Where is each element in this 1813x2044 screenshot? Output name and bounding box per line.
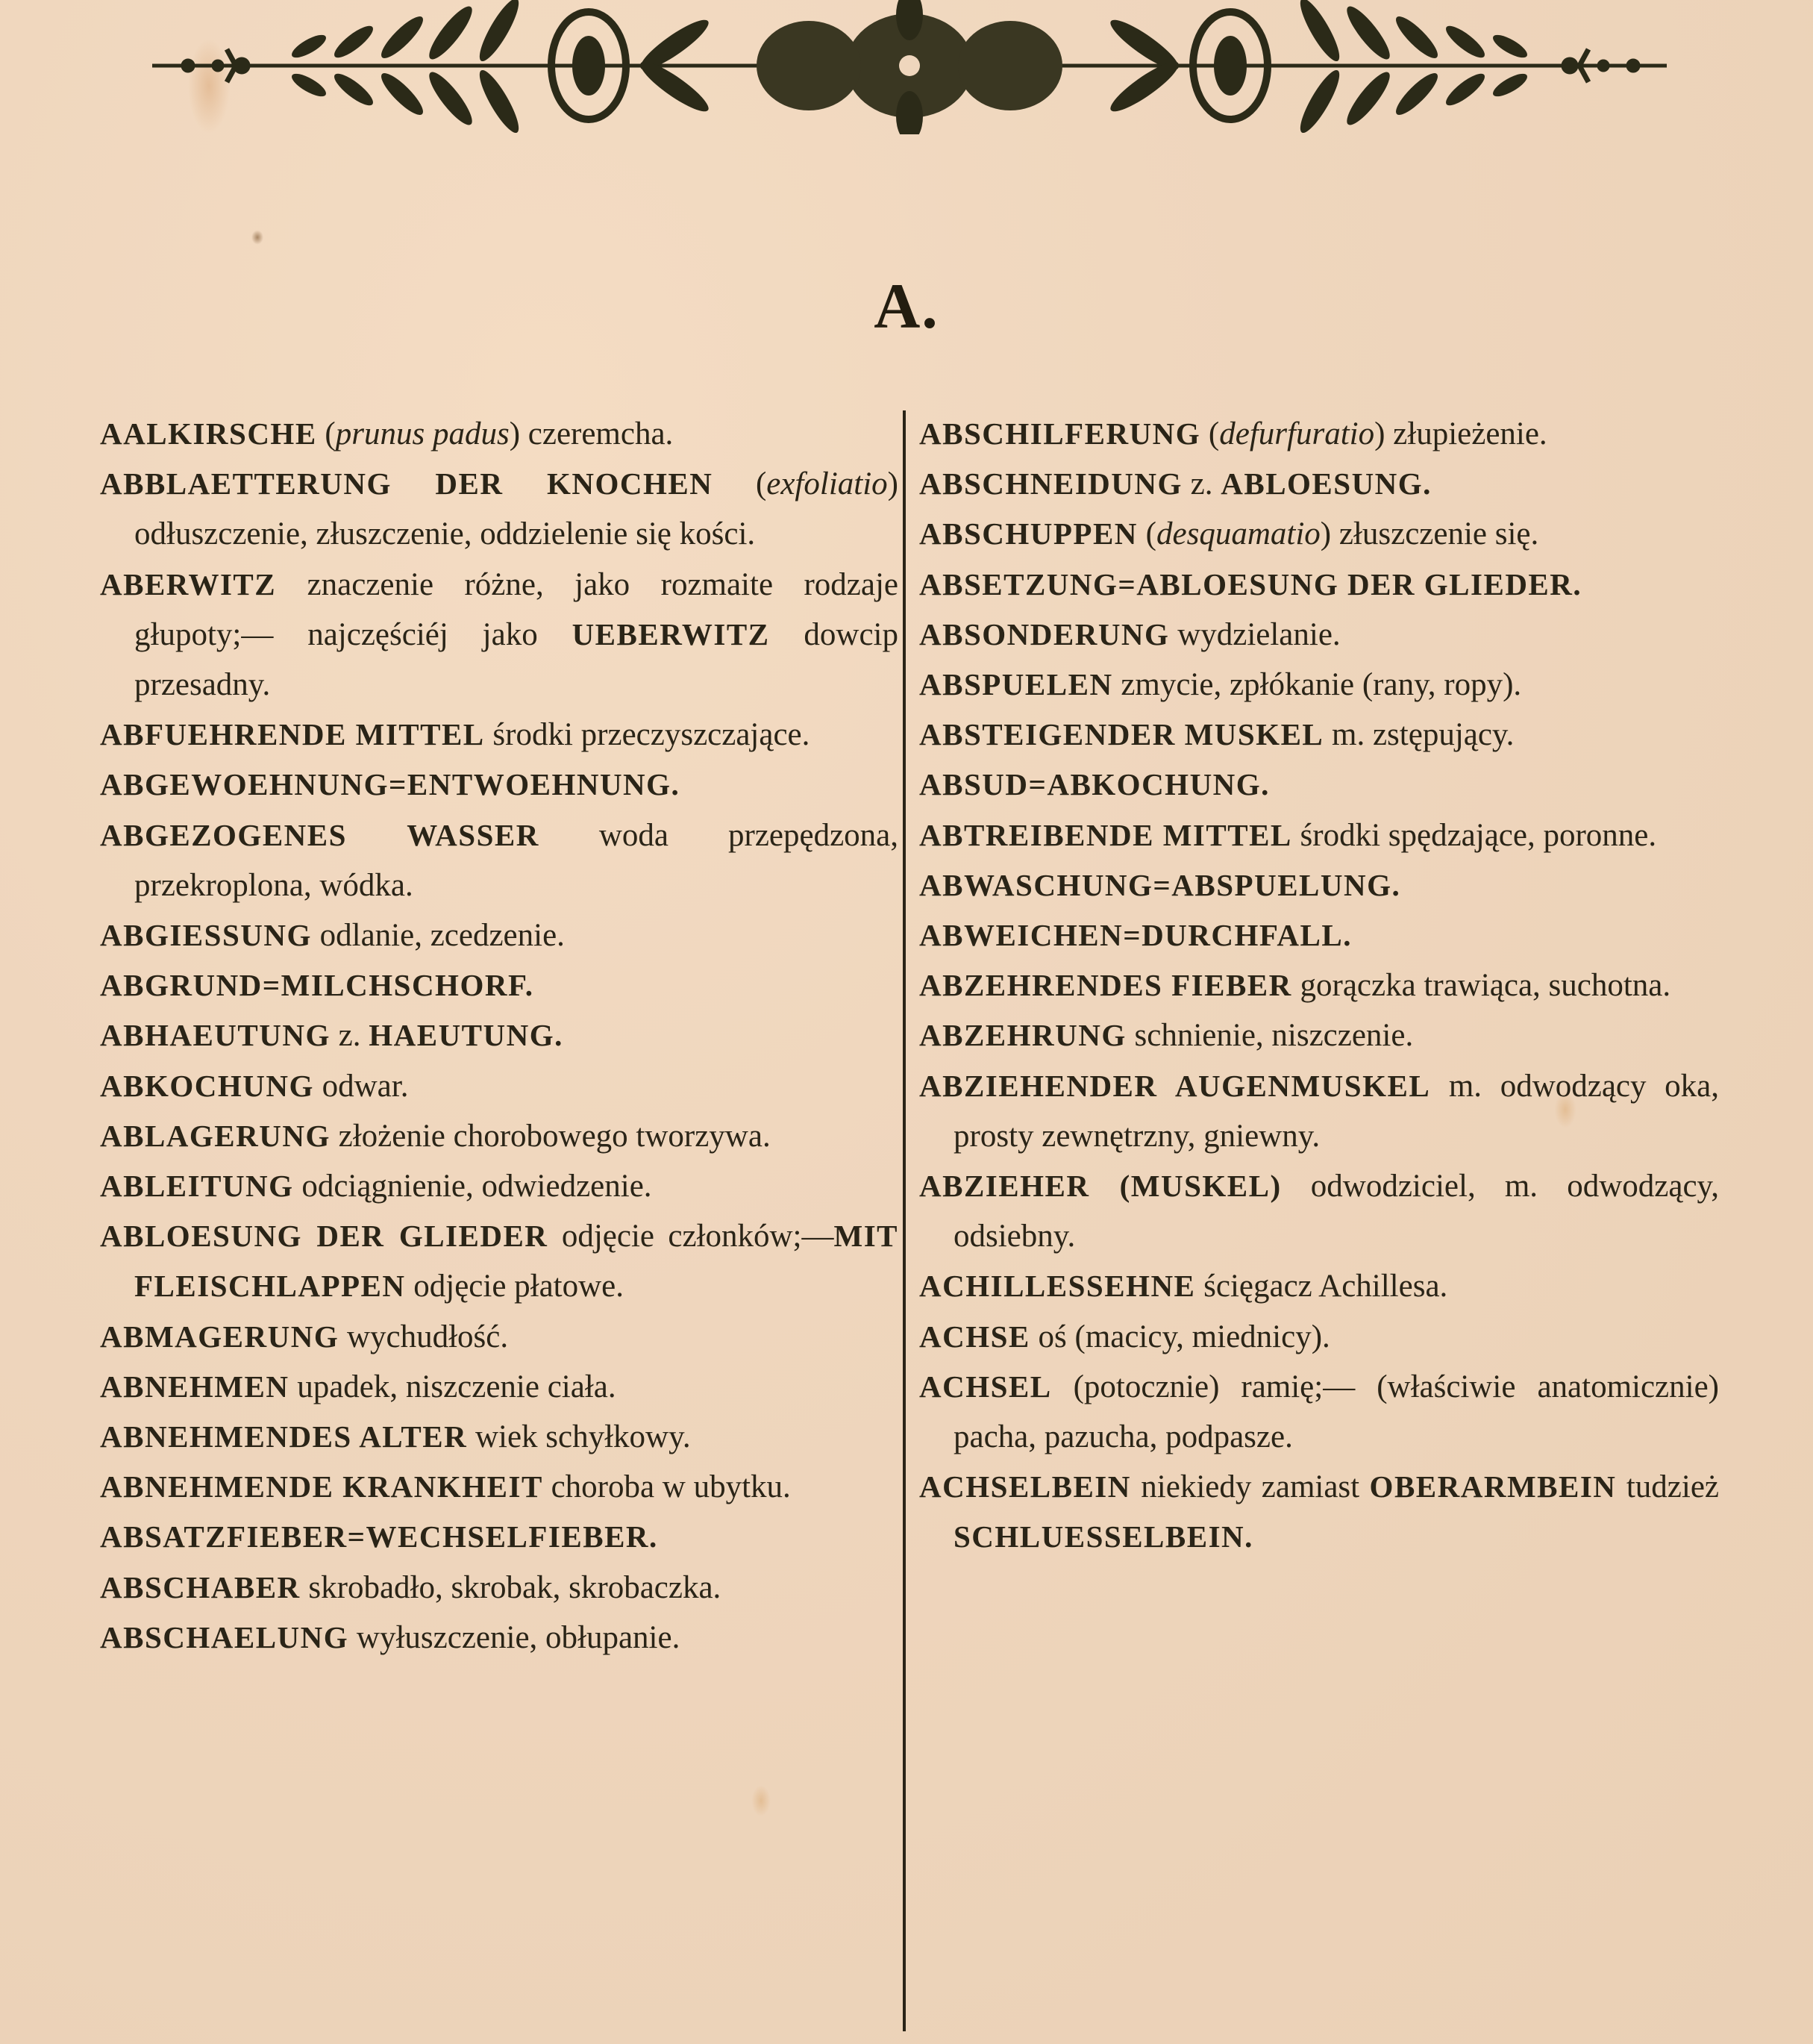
entry-latin-term: desquamatio bbox=[1156, 516, 1321, 551]
dictionary-entry: ABZEHRENDES FIEBER gorączka trawiąca, su… bbox=[919, 960, 1719, 1010]
dictionary-entry: ABBLAETTERUNG DER KNOCHEN (exfoliatio) o… bbox=[100, 459, 898, 559]
entry-definition: odwar. bbox=[314, 1069, 409, 1104]
entry-crossref-headword-2: SCHLUESSELBEIN. bbox=[954, 1519, 1253, 1554]
entry-headword: ABWASCHUNG=ABSPUELUNG. bbox=[919, 868, 1400, 902]
column-divider bbox=[903, 410, 906, 2031]
entry-headword: ACHILLESSEHNE bbox=[919, 1269, 1195, 1303]
entry-crossref-headword: OBERARMBEIN bbox=[1370, 1469, 1617, 1504]
dictionary-entry: ABGEWOEHNUNG=ENTWOEHNUNG. bbox=[100, 760, 898, 810]
entry-headword: ABZIEHENDER AUGENMUSKEL bbox=[919, 1069, 1430, 1103]
entry-definition: (potocznie) ramię;— (właściwie anatomicz… bbox=[954, 1369, 1719, 1454]
dictionary-entry: ABNEHMENDES ALTER wiek schyłkowy. bbox=[100, 1412, 898, 1462]
dictionary-entry: ABWEICHEN=DURCHFALL. bbox=[919, 910, 1719, 960]
dictionary-entry: ABGEZOGENES WASSER woda przepędzona, prz… bbox=[100, 810, 898, 910]
entry-headword: ABSCHUPPEN bbox=[919, 516, 1138, 551]
entry-headword: ABNEHMENDES ALTER bbox=[100, 1419, 467, 1454]
dictionary-entry: ABFUEHRENDE MITTEL środki przeczyszczają… bbox=[100, 710, 898, 760]
dictionary-entry: ACHILLESSEHNE ścięgacz Achillesa. bbox=[919, 1261, 1719, 1311]
entry-headword: ACHSEL bbox=[919, 1369, 1052, 1404]
entry-headword: ABZEHRUNG bbox=[919, 1018, 1127, 1052]
entry-definition: oś (macicy, miednicy). bbox=[1030, 1319, 1330, 1354]
dictionary-entry: ABSCHUPPEN (desquamatio) złuszczenie się… bbox=[919, 509, 1719, 559]
entry-definition: z. bbox=[1183, 466, 1221, 501]
entry-definition: odjęcie członków;— bbox=[548, 1219, 833, 1254]
entry-definition: m. zstępujący. bbox=[1324, 717, 1514, 752]
entry-definition: złożenie chorobowego tworzywa. bbox=[331, 1119, 771, 1154]
entry-definition: środki przeczyszczające. bbox=[485, 717, 810, 752]
dictionary-entry: ABSCHILFERUNG (defurfuratio) złupieżenie… bbox=[919, 409, 1719, 459]
dictionary-entry: AALKIRSCHE (prunus padus) czeremcha. bbox=[100, 409, 898, 459]
entry-headword: ABSPUELEN bbox=[919, 667, 1113, 701]
entry-headword: ABGIESSUNG bbox=[100, 918, 312, 952]
entry-definition: odlanie, zcedzenie. bbox=[312, 918, 565, 953]
entry-headword: ABNEHMEN bbox=[100, 1369, 289, 1404]
entry-definition-cont: tudzież bbox=[1616, 1469, 1719, 1504]
entry-definition: środki spędzające, poronne. bbox=[1292, 818, 1656, 853]
dictionary-entry: ABSATZFIEBER=WECHSELFIEBER. bbox=[100, 1512, 898, 1562]
entry-definition: ) czeremcha. bbox=[510, 416, 674, 451]
entry-definition: wychudłość. bbox=[339, 1319, 508, 1354]
entry-headword: ABZEHRENDES FIEBER bbox=[919, 968, 1292, 1002]
dictionary-entry: ABERWITZ znaczenie różne, jako rozmaite … bbox=[100, 560, 898, 710]
entry-paren-open: ( bbox=[713, 466, 766, 501]
entry-definition: choroba w ubytku. bbox=[543, 1469, 791, 1504]
dictionary-entry: ABSCHNEIDUNG z. ABLOESUNG. bbox=[919, 459, 1719, 509]
entry-headword: ABSONDERUNG bbox=[919, 617, 1169, 651]
entry-definition: wiek schyłkowy. bbox=[467, 1419, 690, 1454]
dictionary-entry: ABHAEUTUNG z. HAEUTUNG. bbox=[100, 1010, 898, 1060]
dictionary-entry: ABSCHABER skrobadło, skrobak, skrobaczka… bbox=[100, 1563, 898, 1613]
entry-headword: ABBLAETTERUNG DER KNOCHEN bbox=[100, 466, 713, 501]
entry-headword: AALKIRSCHE bbox=[100, 416, 317, 451]
dictionary-entry: ABZEHRUNG schnienie, niszczenie. bbox=[919, 1010, 1719, 1060]
dictionary-entry: ABSPUELEN zmycie, zpłókanie (rany, ropy)… bbox=[919, 660, 1719, 710]
entry-headword: ABHAEUTUNG bbox=[100, 1018, 331, 1052]
entry-crossref-headword: UEBERWITZ bbox=[572, 617, 770, 651]
entry-definition: gorączka trawiąca, suchotna. bbox=[1292, 968, 1670, 1003]
dictionary-entry: ABSUD=ABKOCHUNG. bbox=[919, 760, 1719, 810]
right-column: ABSCHILFERUNG (defurfuratio) złupieżenie… bbox=[919, 409, 1719, 1563]
dictionary-entry: ABMAGERUNG wychudłość. bbox=[100, 1312, 898, 1362]
floral-ornament-icon bbox=[152, 0, 1667, 134]
dictionary-entry: ABLOESUNG DER GLIEDER odjęcie członków;—… bbox=[100, 1211, 898, 1311]
entry-headword: ABZIEHER (MUSKEL) bbox=[919, 1169, 1282, 1203]
entry-definition: ) złuszczenie się. bbox=[1321, 516, 1538, 551]
dictionary-entry: ABSONDERUNG wydzielanie. bbox=[919, 610, 1719, 660]
entry-headword: ABSUD=ABKOCHUNG. bbox=[919, 767, 1270, 801]
entry-headword: ABERWITZ bbox=[100, 567, 276, 601]
entry-headword: ABKOCHUNG bbox=[100, 1069, 314, 1103]
entry-definition: schnienie, niszczenie. bbox=[1127, 1018, 1413, 1053]
entry-definition: z. bbox=[331, 1018, 369, 1053]
entry-headword: ABGRUND=MILCHSCHORF. bbox=[100, 968, 533, 1002]
entry-headword: ABMAGERUNG bbox=[100, 1319, 339, 1354]
entry-headword: ACHSELBEIN bbox=[919, 1469, 1131, 1504]
dictionary-entry: ABNEHMENDE KRANKHEIT choroba w ubytku. bbox=[100, 1462, 898, 1512]
entry-headword: ACHSE bbox=[919, 1319, 1030, 1354]
entry-headword: ABLEITUNG bbox=[100, 1169, 294, 1203]
dictionary-entry: ACHSEL (potocznie) ramię;— (właściwie an… bbox=[919, 1362, 1719, 1462]
entry-definition: niekiedy zamiast bbox=[1131, 1469, 1370, 1504]
entry-latin-term: exfoliatio bbox=[766, 466, 887, 501]
dictionary-entry: ABLAGERUNG złożenie chorobowego tworzywa… bbox=[100, 1111, 898, 1161]
entry-headword: ABSETZUNG=ABLOESUNG DER GLIEDER. bbox=[919, 567, 1582, 601]
entry-headword: ABGEZOGENES WASSER bbox=[100, 818, 539, 852]
entry-headword: ABSCHABER bbox=[100, 1570, 301, 1604]
entry-definition: ścięgacz Achillesa. bbox=[1195, 1269, 1447, 1304]
entry-headword: ABSCHILFERUNG bbox=[919, 416, 1200, 451]
entry-headword: ABWEICHEN=DURCHFALL. bbox=[919, 918, 1352, 952]
entry-headword: ABFUEHRENDE MITTEL bbox=[100, 717, 485, 751]
dictionary-entry: ABLEITUNG odciągnienie, odwiedzenie. bbox=[100, 1161, 898, 1211]
entry-definition-cont: odjęcie płatowe. bbox=[406, 1269, 624, 1304]
entry-headword: ABSATZFIEBER=WECHSELFIEBER. bbox=[100, 1519, 658, 1554]
dictionary-entry: ABKOCHUNG odwar. bbox=[100, 1061, 898, 1111]
dictionary-entry: ACHSELBEIN niekiedy zamiast OBERARMBEIN … bbox=[919, 1462, 1719, 1562]
dictionary-entry: ACHSE oś (macicy, miednicy). bbox=[919, 1312, 1719, 1362]
entry-definition: wydzielanie. bbox=[1169, 617, 1340, 652]
dictionary-entry: ABGIESSUNG odlanie, zcedzenie. bbox=[100, 910, 898, 960]
dictionary-entry: ABZIEHENDER AUGENMUSKEL m. odwodzący oka… bbox=[919, 1061, 1719, 1161]
entry-headword: ABSCHNEIDUNG bbox=[919, 466, 1183, 501]
dictionary-entry: ABSCHAELUNG wyłuszczenie, obłupanie. bbox=[100, 1613, 898, 1663]
entry-definition: ) złupieżenie. bbox=[1374, 416, 1547, 451]
entry-headword: ABSTEIGENDER MUSKEL bbox=[919, 717, 1324, 751]
dictionary-entry: ABSTEIGENDER MUSKEL m. zstępujący. bbox=[919, 710, 1719, 760]
entry-headword: ABLAGERUNG bbox=[100, 1119, 331, 1153]
dictionary-entry: ABTREIBENDE MITTEL środki spędzające, po… bbox=[919, 810, 1719, 860]
entry-headword: ABGEWOEHNUNG=ENTWOEHNUNG. bbox=[100, 767, 680, 801]
dictionary-entry: ABWASCHUNG=ABSPUELUNG. bbox=[919, 860, 1719, 910]
entry-paren-open: ( bbox=[1138, 516, 1156, 551]
entry-crossref-headword: ABLOESUNG. bbox=[1221, 466, 1432, 501]
entry-definition: wyłuszczenie, obłupanie. bbox=[348, 1620, 680, 1655]
entry-headword: ABNEHMENDE KRANKHEIT bbox=[100, 1469, 543, 1504]
dictionary-entry: ABNEHMEN upadek, niszczenie ciała. bbox=[100, 1362, 898, 1412]
left-column: AALKIRSCHE (prunus padus) czeremcha.ABBL… bbox=[100, 409, 898, 1663]
entry-paren-open: ( bbox=[317, 416, 336, 451]
entry-headword: ABLOESUNG DER GLIEDER bbox=[100, 1219, 548, 1253]
entry-headword: ABSCHAELUNG bbox=[100, 1620, 348, 1654]
section-letter-heading: A. bbox=[0, 269, 1813, 343]
entry-definition: upadek, niszczenie ciała. bbox=[289, 1369, 616, 1404]
entry-definition: odciągnienie, odwiedzenie. bbox=[294, 1169, 652, 1204]
dictionary-entry: ABSETZUNG=ABLOESUNG DER GLIEDER. bbox=[919, 560, 1719, 610]
entry-headword: ABTREIBENDE MITTEL bbox=[919, 818, 1292, 852]
dictionary-entry: ABGRUND=MILCHSCHORF. bbox=[100, 960, 898, 1010]
dictionary-entry: ABZIEHER (MUSKEL) odwodziciel, m. odwodz… bbox=[919, 1161, 1719, 1261]
entry-latin-term: defurfuratio bbox=[1219, 416, 1374, 451]
entry-paren-open: ( bbox=[1200, 416, 1219, 451]
entry-definition: skrobadło, skrobak, skrobaczka. bbox=[301, 1570, 721, 1605]
entry-definition: zmycie, zpłókanie (rany, ropy). bbox=[1113, 667, 1522, 702]
entry-crossref-headword: HAEUTUNG. bbox=[369, 1018, 563, 1052]
entry-latin-term: prunus padus bbox=[336, 416, 510, 451]
